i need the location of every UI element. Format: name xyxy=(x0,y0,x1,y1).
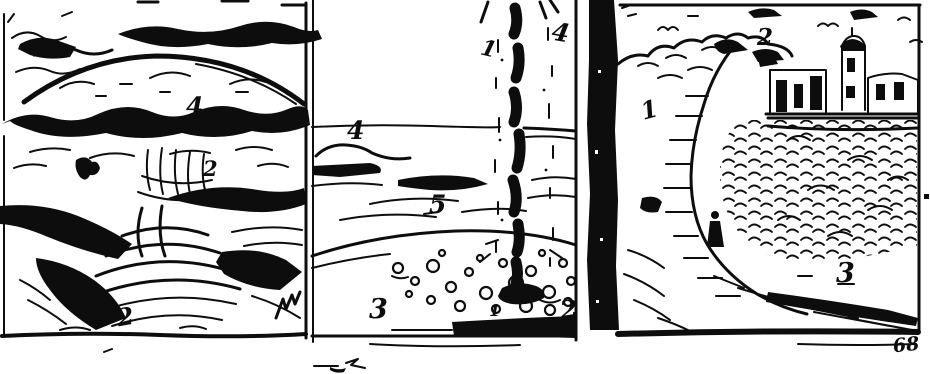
stone-field xyxy=(392,250,575,315)
margin-squiggle xyxy=(300,355,380,374)
figure-label-mid-5: 5 xyxy=(429,192,446,217)
sea-waves xyxy=(720,120,917,262)
engraving-plate: 4 2 2 1 4 4 5 3 1 2 2 1 3 68 xyxy=(0,0,930,374)
figure-label-mid-1b: 1 xyxy=(489,303,500,319)
figure-label-left-4: 4 xyxy=(186,94,203,119)
slope-masses xyxy=(0,187,306,259)
dark-ridge-band xyxy=(2,106,310,168)
figure-label-right-2: 2 xyxy=(757,26,773,49)
right-panel-illustration xyxy=(618,0,930,374)
gutter-band xyxy=(586,0,620,374)
sky-marks xyxy=(658,8,922,42)
dome-hill xyxy=(24,56,304,104)
middle-panel-illustration xyxy=(312,0,580,374)
cloud-band xyxy=(8,12,322,88)
figure-label-right-3: 3 xyxy=(836,260,855,287)
figure-label-left-2: 2 xyxy=(203,158,218,179)
figure-label-left-2b: 2 xyxy=(115,304,136,331)
castle xyxy=(758,28,918,118)
figure-label-mid-3: 3 xyxy=(369,296,388,323)
page-number-mark: 68 xyxy=(892,335,920,357)
person-figure xyxy=(707,211,724,247)
figure-label-mid-4b: 4 xyxy=(347,118,364,143)
figure-label-mid-2: 2 xyxy=(558,296,579,323)
shore-line xyxy=(312,231,576,268)
left-panel-illustration xyxy=(0,0,312,374)
